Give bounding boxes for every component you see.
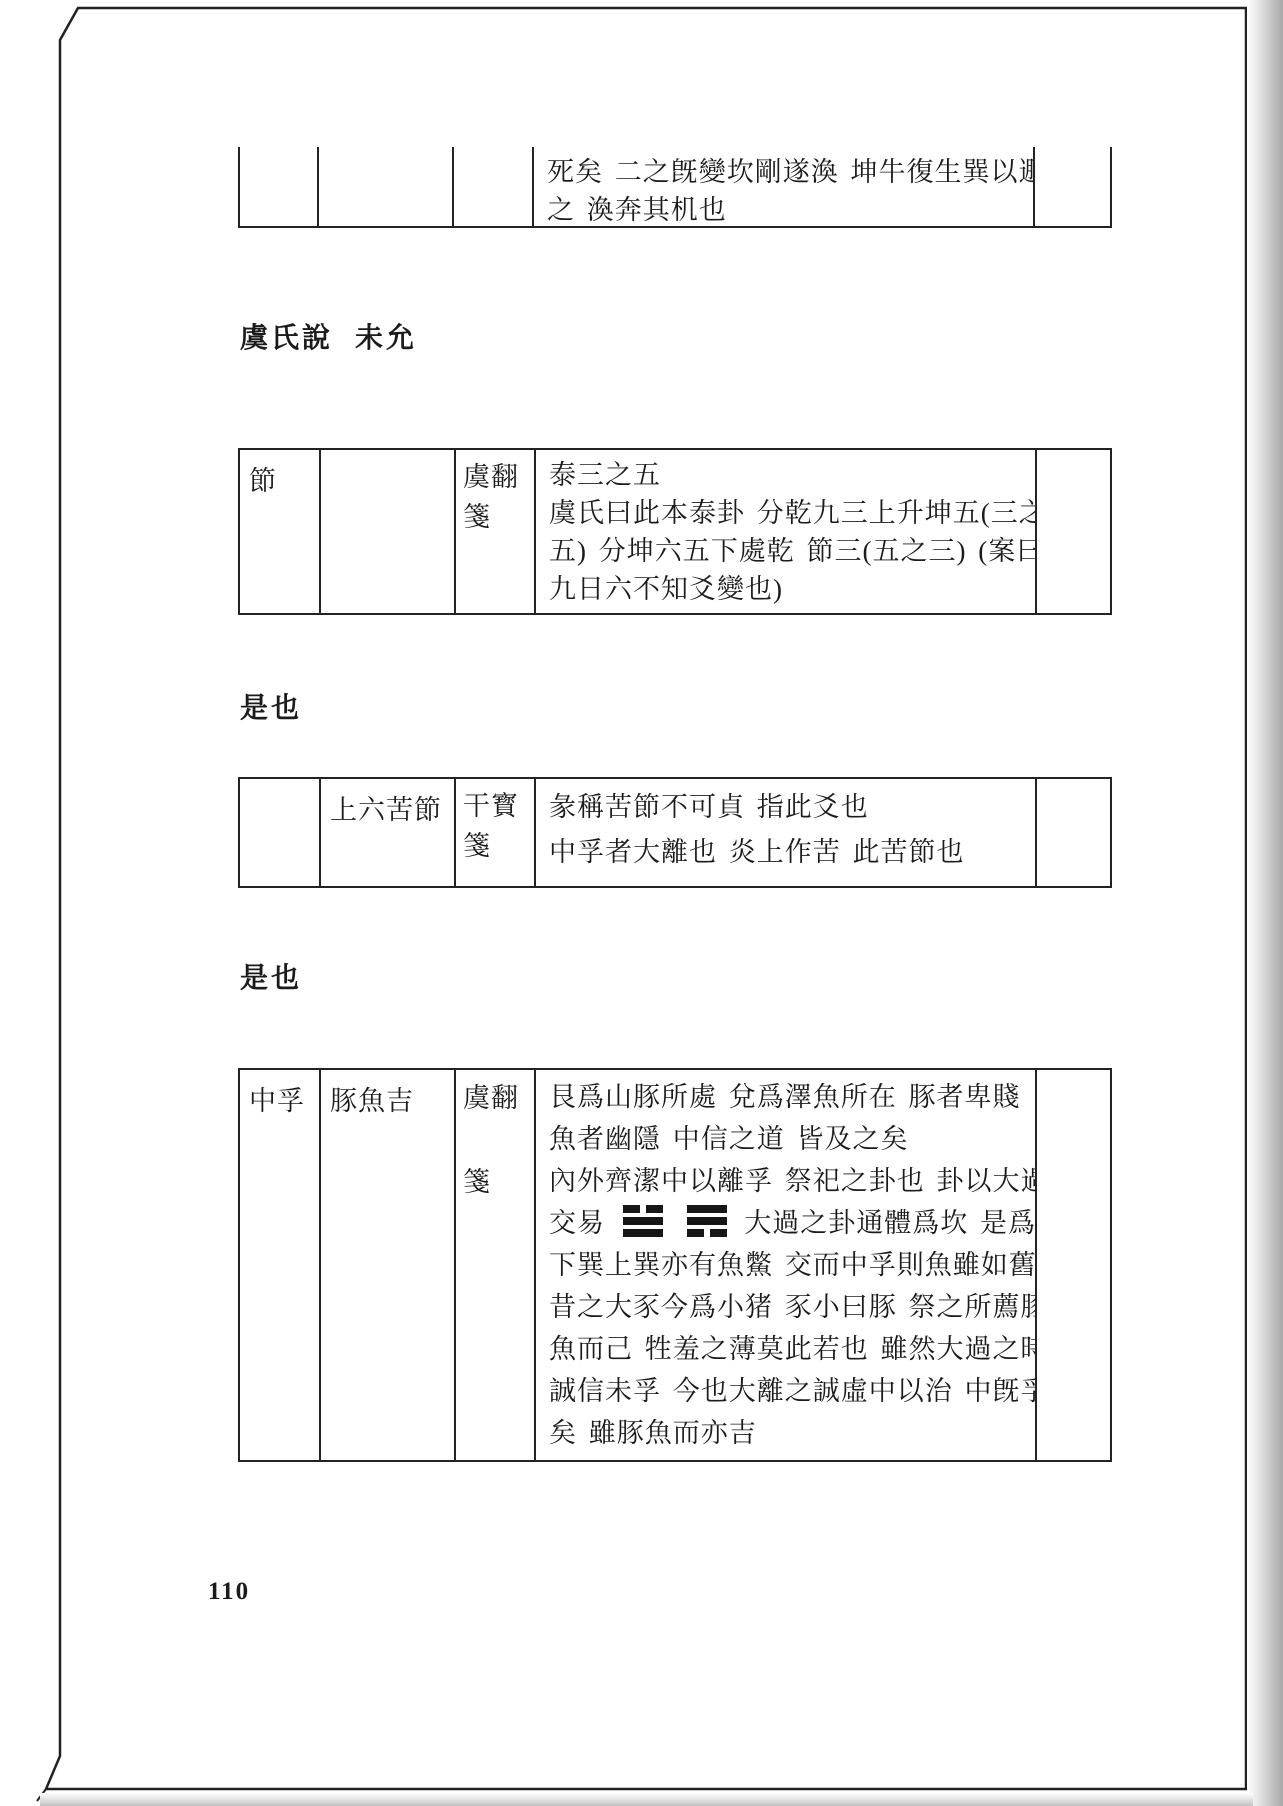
table-cell-line-statement: 豚魚吉	[319, 1070, 454, 1460]
commentator-name: 虞翻	[463, 457, 534, 497]
table-jie: 節 虞翻 箋 泰三之五 虞氏曰此本泰卦 分乾九三上升坤五(三之 五) 分坤六五下…	[238, 448, 1112, 615]
table-cell-hexagram: 中孚	[240, 1070, 319, 1460]
commentator-spacer	[463, 1119, 534, 1161]
trigram-bar	[623, 1205, 663, 1213]
table-cell-commentary: 彖稱苦節不可貞 指此爻也 中孚者大離也 炎上作苦 此苦節也	[534, 779, 1035, 886]
commentator-suffix: 箋	[463, 1161, 534, 1203]
section-comment-heading: 是也	[240, 956, 302, 996]
table-cell-commentator: 干寳 箋	[454, 779, 534, 886]
commentary-line: 內外齊潔中以離孚 祭祀之卦也 卦以大過	[549, 1160, 1035, 1202]
table-cell-note	[1035, 779, 1114, 886]
section-comment-heading: 是也	[240, 686, 302, 726]
trigram-bar	[687, 1229, 727, 1237]
commentary-line: 五) 分坤六五下處乾 節三(五之三) (案曰	[549, 532, 1035, 570]
commentator-suffix: 箋	[463, 497, 534, 537]
commentary-line: 九日六不知爻變也)	[549, 570, 1035, 608]
hexagram-name: 節	[249, 459, 319, 498]
commentary-line: 彖稱苦節不可貞 指此爻也	[549, 785, 1035, 830]
hexagram-name: 中孚	[249, 1079, 319, 1118]
scanned-book-page: 死矣 二之旣變坎剛遂渙 坤牛復生巽以遯 之 渙奔其机也 虞氏說 未允 節 虞翻 …	[0, 0, 1283, 1806]
section-comment-heading: 虞氏說 未允	[240, 316, 417, 356]
table-kujie: 上六苦節 干寳 箋 彖稱苦節不可貞 指此爻也 中孚者大離也 炎上作苦 此苦節也	[238, 777, 1112, 888]
table-cell-commentary: 死矣 二之旣變坎剛遂渙 坤牛復生巽以遯 之 渙奔其机也	[532, 147, 1033, 226]
commentary-line: 虞氏曰此本泰卦 分乾九三上升坤五(三之	[549, 494, 1035, 532]
table-cell-line-statement	[319, 450, 454, 613]
trigram-bar	[687, 1205, 727, 1213]
commentary-text: 交易	[549, 1208, 605, 1238]
table-cell-note	[1035, 450, 1114, 613]
trigram-wind-icon	[687, 1205, 727, 1237]
trigram-bar	[687, 1217, 727, 1225]
table-cell-commentary: 艮爲山豚所處 兌爲澤魚所在 豚者卑賤 魚者幽隱 中信之道 皆及之矣 內外齊潔中以…	[534, 1070, 1035, 1460]
table-cell-hexagram: 節	[240, 450, 319, 613]
page-content: 死矣 二之旣變坎剛遂渙 坤牛復生巽以遯 之 渙奔其机也 虞氏說 未允 節 虞翻 …	[0, 0, 1283, 1806]
page-number: 110	[208, 1578, 250, 1606]
commentary-line: 昔之大豕今爲小猪 豕小曰豚 祭之所薦豚	[549, 1286, 1035, 1328]
commentary-line: 艮爲山豚所處 兌爲澤魚所在 豚者卑賤	[549, 1076, 1035, 1118]
table-zhongfu: 中孚 豚魚吉 虞翻 箋 艮爲山豚所處 兌爲澤魚所在 豚者卑賤 魚者幽隱 中信之道…	[238, 1068, 1112, 1462]
commentary-line: 下巽上巽亦有魚鱉 交而中孚則魚雖如舊	[549, 1244, 1035, 1286]
commentary-line: 魚者幽隱 中信之道 皆及之矣	[549, 1118, 1035, 1160]
table-cell-commentator	[452, 147, 532, 226]
commentary-line: 中孚者大離也 炎上作苦 此苦節也	[549, 830, 1035, 875]
table-cell-hexagram	[238, 147, 317, 226]
line-statement: 上六苦節	[330, 788, 454, 827]
commentary-line: 魚而己 牲羞之薄莫此若也 雖然大過之時	[549, 1328, 1035, 1370]
line-statement: 豚魚吉	[330, 1079, 454, 1118]
table-cell-commentary: 泰三之五 虞氏曰此本泰卦 分乾九三上升坤五(三之 五) 分坤六五下處乾 節三(五…	[534, 450, 1035, 613]
table-cell-line-statement: 上六苦節	[319, 779, 454, 886]
commentary-line: 誠信未孚 今也大離之誠虛中以治 中旣孚	[549, 1370, 1035, 1412]
table-continued-row: 死矣 二之旣變坎剛遂渙 坤牛復生巽以遯 之 渙奔其机也	[238, 147, 1112, 228]
commentary-line: 矣 雖豚魚而亦吉	[549, 1412, 1035, 1454]
commentator-name: 虞翻	[463, 1077, 534, 1119]
trigram-lake-icon	[623, 1205, 663, 1237]
commentator-name: 干寳	[463, 786, 534, 826]
trigram-bar	[623, 1217, 663, 1225]
table-cell-note	[1033, 147, 1112, 226]
table-cell-note	[1035, 1070, 1114, 1460]
commentary-line: 泰三之五	[549, 456, 1035, 494]
trigram-bar	[623, 1229, 663, 1237]
commentary-line: 之 渙奔其机也	[547, 191, 1033, 226]
commentary-line-with-trigrams: 交易 大過之卦通體爲坎 是爲大豕	[549, 1202, 1035, 1244]
commentator-suffix: 箋	[463, 826, 534, 866]
commentary-line: 死矣 二之旣變坎剛遂渙 坤牛復生巽以遯	[547, 153, 1033, 191]
table-cell-hexagram	[240, 779, 319, 886]
commentary-text: 大過之卦通體爲坎 是爲大豕	[744, 1208, 1035, 1238]
table-cell-commentator: 虞翻 箋	[454, 1070, 534, 1460]
table-cell-line-statement	[317, 147, 452, 226]
table-cell-commentator: 虞翻 箋	[454, 450, 534, 613]
